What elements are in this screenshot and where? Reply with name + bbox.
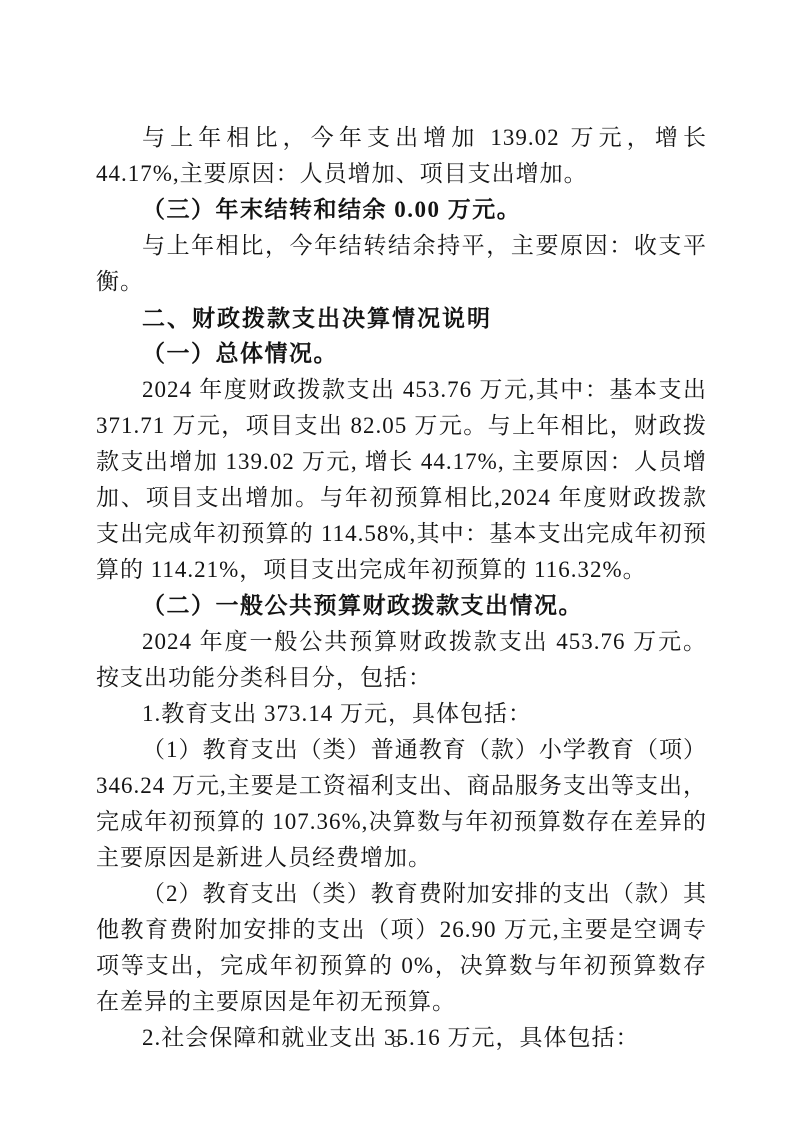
paragraph: 与上年相比，今年支出增加 139.02 万元，增长 44.17%,主要原因：人员… (96, 120, 707, 192)
section-heading: （二）一般公共预算财政拨款支出情况。 (96, 588, 707, 624)
paragraph: 1.教育支出 373.14 万元，具体包括： (96, 696, 707, 732)
paragraph: 2024 年度财政拨款支出 453.76 万元,其中：基本支出 371.71 万… (96, 372, 707, 588)
section-heading: （一）总体情况。 (96, 336, 707, 372)
paragraph: （1）教育支出（类）普通教育（款）小学教育（项）346.24 万元,主要是工资福… (96, 732, 707, 876)
document-body: 与上年相比，今年支出增加 139.02 万元，增长 44.17%,主要原因：人员… (96, 120, 707, 1056)
paragraph: （2）教育支出（类）教育费附加安排的支出（款）其他教育费附加安排的支出（项）26… (96, 876, 707, 1020)
section-heading: 二、财政拨款支出决算情况说明 (96, 300, 707, 336)
paragraph: 2024 年度一般公共预算财政拨款支出 453.76 万元。按支出功能分类科目分… (96, 624, 707, 696)
paragraph: 与上年相比，今年结转结余持平，主要原因：收支平衡。 (96, 228, 707, 300)
section-heading: （三）年末结转和结余 0.00 万元。 (96, 192, 707, 228)
page-number: 3 (0, 1030, 793, 1054)
document-page: { "document": { "paragraphs": [ { "type"… (0, 0, 793, 1122)
